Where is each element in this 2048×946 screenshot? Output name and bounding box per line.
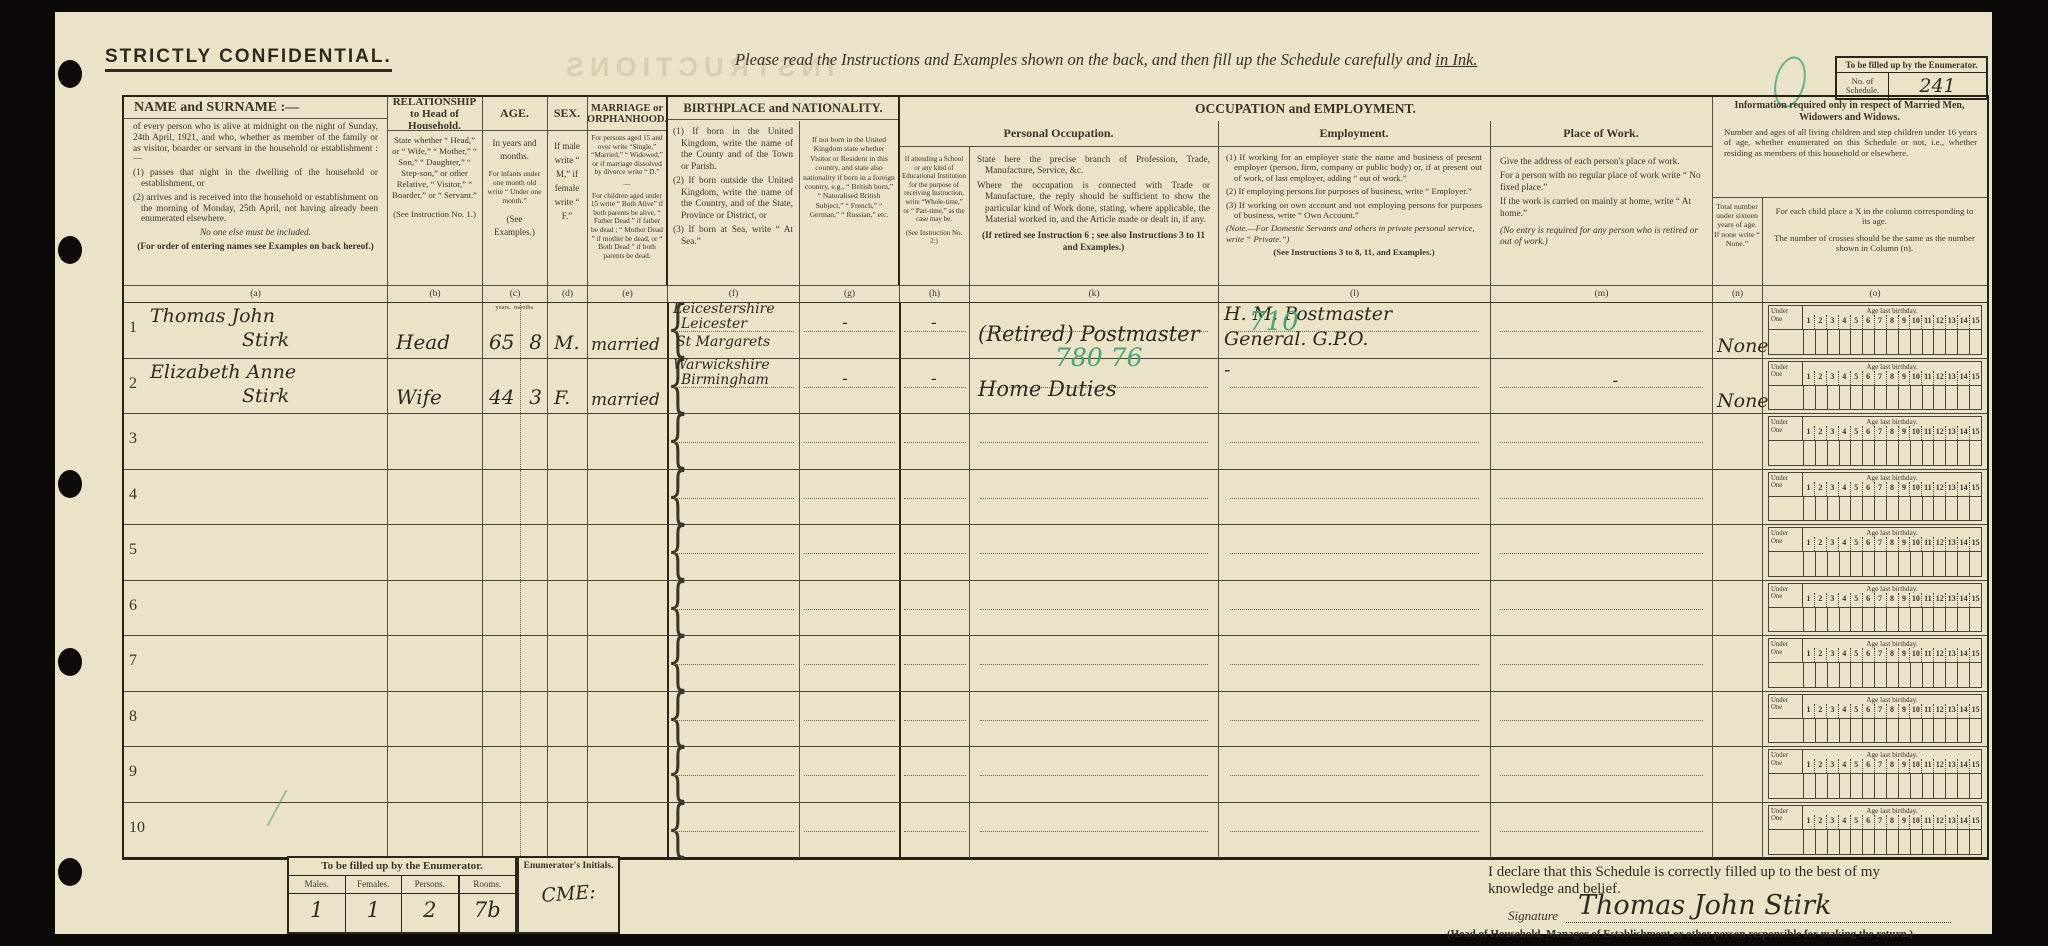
cell-name: 8 xyxy=(124,692,387,747)
age-cell xyxy=(1922,663,1934,687)
dotted-rule xyxy=(1230,775,1479,776)
table-row: 8 { xyxy=(124,692,1987,748)
header-text: State whether “ Head,” or “ Wife,” “ Mot… xyxy=(390,135,479,201)
dotted-rule xyxy=(904,775,967,776)
age-col-7: 7 xyxy=(1874,704,1886,718)
age-last-birthday-label: Age last birthday. xyxy=(1803,528,1981,537)
summary-header-rooms: Rooms. xyxy=(458,876,516,893)
age-cell xyxy=(1815,330,1827,354)
age-cell xyxy=(1945,663,1957,687)
cell-school xyxy=(899,747,969,802)
age-cell xyxy=(1933,330,1945,354)
age-col-4: 4 xyxy=(1838,759,1850,773)
age-grid-boxes xyxy=(1768,329,1982,355)
age-col-14: 14 xyxy=(1957,426,1969,440)
age-last-birthday-label: Age last birthday. xyxy=(1803,639,1981,648)
header-text: Where the occupation is connected with T… xyxy=(977,181,1210,227)
age-cell xyxy=(1803,552,1815,576)
age-cell xyxy=(1910,441,1922,465)
cell-sex xyxy=(547,636,587,691)
header-text: If attending a School or any kind of Edu… xyxy=(902,155,966,224)
dotted-rule xyxy=(804,831,895,832)
divider xyxy=(387,97,388,285)
age-cell xyxy=(1922,497,1934,521)
cell-marriage xyxy=(587,414,667,469)
header-text: (3) If born at Sea, write “ At Sea.” xyxy=(673,225,793,248)
cell-nationality xyxy=(799,803,899,859)
cell-name: 3 xyxy=(124,414,387,469)
place-of-work-title: Place of Work. xyxy=(1490,121,1712,147)
age-cell xyxy=(1910,608,1922,632)
age-cell xyxy=(1874,497,1886,521)
age-col-15: 15 xyxy=(1969,759,1981,773)
age-grid-numbers: 123456789101112131415 xyxy=(1803,759,1981,773)
header-text: Give the address of each person's place … xyxy=(1500,157,1702,168)
col-header-nationality: If not born in the United Kingdom state … xyxy=(799,121,899,285)
age-cell xyxy=(1874,386,1886,410)
age-col-8: 8 xyxy=(1886,482,1898,496)
dotted-rule xyxy=(1230,442,1479,443)
age-cell xyxy=(1827,719,1839,743)
age-units-label xyxy=(483,415,547,422)
cell-place-of-work xyxy=(1490,303,1712,358)
age-col-1: 1 xyxy=(1803,759,1814,773)
age-col-2: 2 xyxy=(1814,315,1826,329)
dotted-rule xyxy=(804,720,895,721)
age-col-7: 7 xyxy=(1874,371,1886,385)
age-grid: UnderOne Age last birthday. 123456789101… xyxy=(1768,638,1982,688)
age-col-1: 1 xyxy=(1803,482,1814,496)
age-grid-numbers: 123456789101112131415 xyxy=(1803,426,1981,440)
age-col-1: 1 xyxy=(1803,426,1814,440)
school-value: - xyxy=(931,313,937,333)
dotted-rule xyxy=(1500,775,1703,776)
age-cell xyxy=(1850,774,1862,798)
age-col-4: 4 xyxy=(1838,704,1850,718)
age-col-3: 3 xyxy=(1826,315,1838,329)
dotted-rule xyxy=(904,720,967,721)
age-units-label xyxy=(483,526,547,533)
divider xyxy=(587,97,588,285)
enumerator-summary-box: To be filled up by the Enumerator. Males… xyxy=(287,856,517,934)
age-cell xyxy=(1874,774,1886,798)
age-cell xyxy=(1839,608,1851,632)
age-col-7: 7 xyxy=(1874,648,1886,662)
group-header-occupation: OCCUPATION and EMPLOYMENT. xyxy=(899,97,1712,121)
age-col-12: 12 xyxy=(1933,759,1945,773)
cell-employment xyxy=(1218,581,1490,636)
divider xyxy=(1490,121,1491,285)
age-cell xyxy=(1969,330,1981,354)
dotted-rule xyxy=(904,442,967,443)
age-cell xyxy=(1803,441,1815,465)
table-row: 1 Thomas John Stirk Head years. months. … xyxy=(124,303,1987,359)
table-header: NAME and SURNAME :— of every person who … xyxy=(124,97,1987,303)
age-cell xyxy=(1803,719,1815,743)
dotted-rule xyxy=(1500,442,1703,443)
age-divider xyxy=(520,581,521,636)
age-col-12: 12 xyxy=(1933,537,1945,551)
age-col-3: 3 xyxy=(1826,482,1838,496)
cell-sex: F. xyxy=(547,359,587,414)
age-cell xyxy=(1969,663,1981,687)
cell-sex: M. xyxy=(547,303,587,358)
relationship-value: Head xyxy=(396,330,450,354)
header-text: (See Instructions 3 to 8, 11, and Exampl… xyxy=(1226,247,1482,257)
dotted-rule xyxy=(674,720,794,721)
punch-hole xyxy=(58,648,82,676)
age-col-6: 6 xyxy=(1862,426,1874,440)
age-cell xyxy=(1957,497,1969,521)
dotted-rule xyxy=(980,775,1208,776)
cell-children-ages: UnderOne Age last birthday. 123456789101… xyxy=(1762,803,1987,859)
age-col-2: 2 xyxy=(1814,371,1826,385)
cell-nationality xyxy=(799,747,899,802)
dotted-rule xyxy=(804,498,895,499)
cell-relationship xyxy=(387,636,482,691)
dotted-rule xyxy=(904,831,967,832)
age-col-10: 10 xyxy=(1909,426,1921,440)
brace-glyph: { xyxy=(667,799,689,857)
punch-hole xyxy=(58,236,82,264)
header-text: For a person with no regular place of wo… xyxy=(1500,171,1702,194)
age-under-one-label: UnderOne xyxy=(1769,473,1803,496)
punch-hole xyxy=(58,470,82,498)
header-text: of every person who is alive at midnight… xyxy=(133,122,378,165)
age-divider xyxy=(520,692,521,747)
cell-place-of-work xyxy=(1490,414,1712,469)
age-cell xyxy=(1815,386,1827,410)
sex-value: M. xyxy=(554,332,580,354)
age-grid-boxes xyxy=(1768,496,1982,522)
age-col-13: 13 xyxy=(1945,815,1957,829)
age-grid-numbers: 123456789101112131415 xyxy=(1803,482,1981,496)
age-grid-boxes xyxy=(1768,385,1982,411)
age-cell xyxy=(1886,552,1898,576)
age-col-2: 2 xyxy=(1814,537,1826,551)
age-years-value: 65 xyxy=(489,330,514,354)
column-letter: (a) xyxy=(124,286,387,302)
cell-age: 44 3 xyxy=(482,359,547,414)
age-cell xyxy=(1827,608,1839,632)
age-cell xyxy=(1969,774,1981,798)
age-col-9: 9 xyxy=(1898,537,1910,551)
age-cell xyxy=(1874,830,1886,855)
instruction-text: Please read the Instructions and Example… xyxy=(735,50,1435,69)
age-col-1: 1 xyxy=(1803,648,1814,662)
header-text: If not born in the United Kingdom state … xyxy=(803,135,895,220)
age-cell xyxy=(1898,830,1910,855)
signature-label: Signature xyxy=(1508,908,1558,924)
cell-name: 2 Elizabeth Anne Stirk xyxy=(124,359,387,414)
punch-hole xyxy=(58,858,82,886)
age-cell xyxy=(1827,386,1839,410)
occupation-value: Home Duties xyxy=(978,377,1117,401)
dotted-rule xyxy=(1500,553,1703,554)
age-cell xyxy=(1862,663,1874,687)
employment-title: Employment. xyxy=(1218,121,1490,147)
cell-marriage xyxy=(587,636,667,691)
age-under-one-label: UnderOne xyxy=(1769,639,1803,662)
table-row: 5 { xyxy=(124,525,1987,581)
age-cell xyxy=(1910,330,1922,354)
cell-place-of-work: - xyxy=(1490,359,1712,414)
cell-age xyxy=(482,525,547,580)
age-cell xyxy=(1898,386,1910,410)
col-sex-title: SEX. xyxy=(547,97,587,131)
summary-values: 1 1 2 7b xyxy=(289,894,515,932)
age-col-10: 10 xyxy=(1909,648,1921,662)
age-cell xyxy=(1957,663,1969,687)
cell-place-of-work xyxy=(1490,525,1712,580)
cell-age xyxy=(482,692,547,747)
col-header-marriage: MARRIAGE or ORPHANHOOD. For persons aged… xyxy=(587,97,667,285)
schedule-box-title: To be filled up by the Enumerator. xyxy=(1837,58,1986,73)
age-cell xyxy=(1898,441,1910,465)
age-cell xyxy=(1957,608,1969,632)
cell-relationship xyxy=(387,692,482,747)
age-col-4: 4 xyxy=(1838,537,1850,551)
age-grid-numbers: 123456789101112131415 xyxy=(1803,593,1981,607)
cell-sex xyxy=(547,414,587,469)
cell-sex xyxy=(547,747,587,802)
age-cell xyxy=(1922,774,1934,798)
name-line2: Stirk xyxy=(242,329,289,351)
cell-marriage xyxy=(587,803,667,859)
row-number: 7 xyxy=(129,652,137,670)
column-letter: (n) xyxy=(1712,286,1762,302)
cell-employment xyxy=(1218,803,1490,859)
schedule-number-box: To be filled up by the Enumerator. No. o… xyxy=(1835,56,1988,100)
column-letter: (b) xyxy=(387,286,482,302)
age-cell xyxy=(1910,386,1922,410)
dotted-rule xyxy=(904,498,967,499)
age-cell xyxy=(1886,330,1898,354)
dotted-rule xyxy=(1500,387,1703,388)
cell-nationality xyxy=(799,414,899,469)
age-grid-boxes xyxy=(1768,773,1982,799)
cell-occupation xyxy=(969,636,1218,691)
age-cell xyxy=(1969,608,1981,632)
age-col-11: 11 xyxy=(1921,815,1933,829)
cell-name: 7 xyxy=(124,636,387,691)
age-under-one-label: UnderOne xyxy=(1769,306,1803,329)
divider xyxy=(898,97,900,285)
age-grid: UnderOne Age last birthday. 123456789101… xyxy=(1768,749,1982,799)
cell-name: 1 Thomas John Stirk xyxy=(124,303,387,358)
age-col-8: 8 xyxy=(1886,426,1898,440)
age-cell xyxy=(1827,497,1839,521)
age-cell xyxy=(1850,441,1862,465)
cell-school xyxy=(899,414,969,469)
dotted-rule xyxy=(804,387,895,388)
marriage-value: married xyxy=(591,390,660,410)
age-col-6: 6 xyxy=(1862,593,1874,607)
age-last-birthday-label: Age last birthday. xyxy=(1803,584,1981,593)
age-cell xyxy=(1933,552,1945,576)
age-col-2: 2 xyxy=(1814,426,1826,440)
cell-children-total xyxy=(1712,636,1762,691)
cell-name: 4 xyxy=(124,470,387,525)
column-letter: (d) xyxy=(547,286,587,302)
cell-nationality: - xyxy=(799,359,899,414)
age-col-10: 10 xyxy=(1909,815,1921,829)
age-col-8: 8 xyxy=(1886,704,1898,718)
age-col-15: 15 xyxy=(1969,593,1981,607)
age-grid-boxes xyxy=(1768,440,1982,466)
age-cell xyxy=(1945,497,1957,521)
age-cell-under-one xyxy=(1769,552,1803,576)
dotted-rule xyxy=(1500,720,1703,721)
age-col-13: 13 xyxy=(1945,315,1957,329)
age-col-3: 3 xyxy=(1826,648,1838,662)
cell-occupation xyxy=(969,803,1218,859)
dotted-rule xyxy=(980,720,1208,721)
table-row: 10 { xyxy=(124,803,1987,859)
occupation-code-green: 780 76 xyxy=(1055,343,1142,372)
age-col-4: 4 xyxy=(1838,371,1850,385)
cell-school xyxy=(899,636,969,691)
age-cell xyxy=(1839,830,1851,855)
divider xyxy=(666,97,668,285)
age-col-2: 2 xyxy=(1814,704,1826,718)
age-grid: UnderOne Age last birthday. 123456789101… xyxy=(1768,416,1982,466)
age-cell xyxy=(1815,774,1827,798)
col-header-employment-detail: (1) If working for an employer state the… xyxy=(1218,147,1490,285)
age-col-15: 15 xyxy=(1969,704,1981,718)
age-col-7: 7 xyxy=(1874,537,1886,551)
age-cell xyxy=(1945,552,1957,576)
dotted-rule xyxy=(980,831,1208,832)
header-text: (See Instruction No. 2.) xyxy=(902,229,966,246)
age-col-14: 14 xyxy=(1957,537,1969,551)
children-total-value: None xyxy=(1717,335,1769,357)
age-col-1: 1 xyxy=(1803,815,1814,829)
age-cell xyxy=(1957,719,1969,743)
dotted-rule xyxy=(804,331,895,332)
row-number: 9 xyxy=(129,763,137,781)
birthplace-line2: Leicester xyxy=(681,316,747,332)
divider xyxy=(482,97,483,285)
age-cell xyxy=(1815,608,1827,632)
col-header-occupation-detail: State here the precise branch of Profess… xyxy=(969,147,1218,285)
age-grid: UnderOne Age last birthday. 123456789101… xyxy=(1768,527,1982,577)
age-col-8: 8 xyxy=(1886,537,1898,551)
header-text: (3) If working on own account and not em… xyxy=(1226,200,1482,221)
cell-age xyxy=(482,747,547,802)
dotted-rule xyxy=(980,442,1208,443)
col-header-children-total: Total number under sixteen years of age.… xyxy=(1712,197,1762,285)
age-col-6: 6 xyxy=(1862,759,1874,773)
divider xyxy=(1218,121,1219,285)
age-cell xyxy=(1898,663,1910,687)
divider xyxy=(969,147,970,285)
age-cell xyxy=(1815,552,1827,576)
cell-occupation xyxy=(969,525,1218,580)
cell-children-ages: UnderOne Age last birthday. 123456789101… xyxy=(1762,359,1987,414)
age-last-birthday-label: Age last birthday. xyxy=(1803,806,1981,815)
age-col-1: 1 xyxy=(1803,315,1814,329)
column-letter: (m) xyxy=(1490,286,1712,302)
name-line1: Thomas John xyxy=(150,305,275,327)
age-col-12: 12 xyxy=(1933,704,1945,718)
age-col-6: 6 xyxy=(1862,371,1874,385)
age-cell xyxy=(1910,497,1922,521)
age-cell xyxy=(1910,830,1922,855)
age-grid: UnderOne Age last birthday. 123456789101… xyxy=(1768,694,1982,744)
age-cell xyxy=(1862,608,1874,632)
age-col-14: 14 xyxy=(1957,482,1969,496)
cell-employment xyxy=(1218,747,1490,802)
cell-school xyxy=(899,803,969,859)
age-col-5: 5 xyxy=(1850,537,1862,551)
column-letter: (k) xyxy=(969,286,1218,302)
age-under-one-label: UnderOne xyxy=(1769,528,1803,551)
cell-sex xyxy=(547,803,587,859)
cell-children-total xyxy=(1712,525,1762,580)
employment-code-green: 710 xyxy=(1249,307,1299,337)
punch-hole xyxy=(58,60,82,88)
birthplace-group-title: BIRTHPLACE and NATIONALITY. xyxy=(667,97,899,120)
age-cell xyxy=(1850,608,1862,632)
age-cell xyxy=(1910,552,1922,576)
cell-employment xyxy=(1218,414,1490,469)
age-cell xyxy=(1969,719,1981,743)
age-cell xyxy=(1898,497,1910,521)
age-col-15: 15 xyxy=(1969,371,1981,385)
age-under-one-label: UnderOne xyxy=(1769,750,1803,773)
age-last-birthday-label: Age last birthday. xyxy=(1803,417,1981,426)
age-divider xyxy=(520,747,521,802)
age-col-15: 15 xyxy=(1969,815,1981,829)
header-text: The number of crosses should be the same… xyxy=(1772,233,1977,254)
age-cell xyxy=(1922,386,1934,410)
header-text: (2) arrives and is received into the hou… xyxy=(133,193,378,225)
header-text: (1) If working for an employer state the… xyxy=(1226,152,1482,183)
age-units-label xyxy=(483,360,547,367)
employment-line1: - xyxy=(1224,359,1230,381)
age-col-12: 12 xyxy=(1933,426,1945,440)
age-col-9: 9 xyxy=(1898,648,1910,662)
row-number: 8 xyxy=(129,708,137,726)
header-text: (See Instruction No. 1.) xyxy=(390,209,479,220)
age-cell xyxy=(1874,441,1886,465)
age-col-15: 15 xyxy=(1969,426,1981,440)
age-cell xyxy=(1933,608,1945,632)
age-cell xyxy=(1922,330,1934,354)
age-col-7: 7 xyxy=(1874,593,1886,607)
age-col-15: 15 xyxy=(1969,482,1981,496)
dotted-rule xyxy=(980,609,1208,610)
age-last-birthday-label: Age last birthday. xyxy=(1803,750,1981,759)
age-cell xyxy=(1898,330,1910,354)
dotted-rule xyxy=(980,664,1208,665)
header-text: For persons aged 15 and over write “Sing… xyxy=(590,134,664,177)
place-value: - xyxy=(1613,371,1619,391)
dotted-rule xyxy=(804,609,895,610)
column-letter: (l) xyxy=(1218,286,1490,302)
cell-school xyxy=(899,692,969,747)
table-row: 7 { xyxy=(124,636,1987,692)
cell-marriage xyxy=(587,692,667,747)
age-cell xyxy=(1850,719,1862,743)
age-cell xyxy=(1839,552,1851,576)
dotted-rule xyxy=(804,442,895,443)
children-total-value: None xyxy=(1717,390,1769,412)
age-col-2: 2 xyxy=(1814,815,1826,829)
age-grid-numbers: 123456789101112131415 xyxy=(1803,648,1981,662)
dotted-rule xyxy=(1500,609,1703,610)
